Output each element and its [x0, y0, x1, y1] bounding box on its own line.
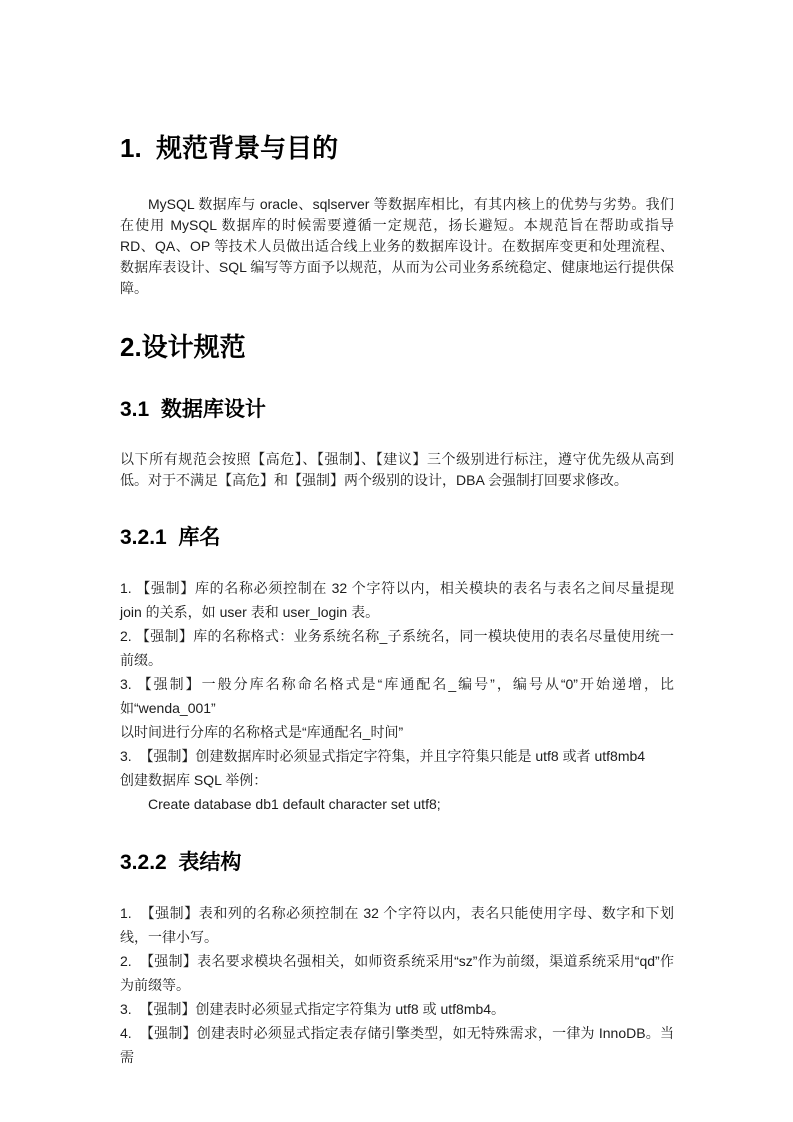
list-item: 以时间进行分库的名称格式是“库通配名_时间”: [120, 720, 674, 744]
list-item: 1. 【强制】库的名称必须控制在 32 个字符以内，相关模块的表名与表名之间尽量…: [120, 576, 674, 624]
section-3-1-title: 3.1 数据库设计: [120, 397, 674, 422]
section-3-2-1-title: 3.2.1 库名: [120, 525, 674, 550]
list-item: 3. 【强制】创建表时必须显式指定字符集为 utf8 或 utf8mb4。: [120, 997, 674, 1021]
list-item: 2. 【强制】表名要求模块名强相关，如师资系统采用“sz”作为前缀，渠道系统采用…: [120, 949, 674, 997]
section-3-1-body: 以下所有规范会按照【高危】、【强制】、【建议】三个级别进行标注，遵守优先级从高到…: [120, 449, 674, 491]
section-1-body: MySQL 数据库与 oracle、sqlserver 等数据库相比，有其内核上…: [120, 194, 674, 299]
list-item: 3. 【强制】一般分库名称命名格式是“库通配名_编号”，编号从“0”开始递增，比…: [120, 672, 674, 720]
list-item: 4. 【强制】创建表时必须显式指定表存储引擎类型，如无特殊需求，一律为 Inno…: [120, 1021, 674, 1069]
list-item: 3. 【强制】创建数据库时必须显式指定字符集，并且字符集只能是 utf8 或者 …: [120, 744, 674, 768]
section-3-2-2-title: 3.2.2 表结构: [120, 850, 674, 875]
list-item: 1. 【强制】表和列的名称必须控制在 32 个字符以内，表名只能使用字母、数字和…: [120, 901, 674, 949]
list-item: 创建数据库 SQL 举例：: [120, 768, 674, 792]
list-item: 2. 【强制】库的名称格式：业务系统名称_子系统名，同一模块使用的表名尽量使用统…: [120, 624, 674, 672]
section-2-title: 2.设计规范: [120, 332, 674, 363]
sql-example-line: Create database db1 default character se…: [120, 792, 674, 816]
document-page: 1. 规范背景与目的 MySQL 数据库与 oracle、sqlserver 等…: [0, 0, 793, 1122]
section-1-title: 1. 规范背景与目的: [120, 133, 674, 164]
